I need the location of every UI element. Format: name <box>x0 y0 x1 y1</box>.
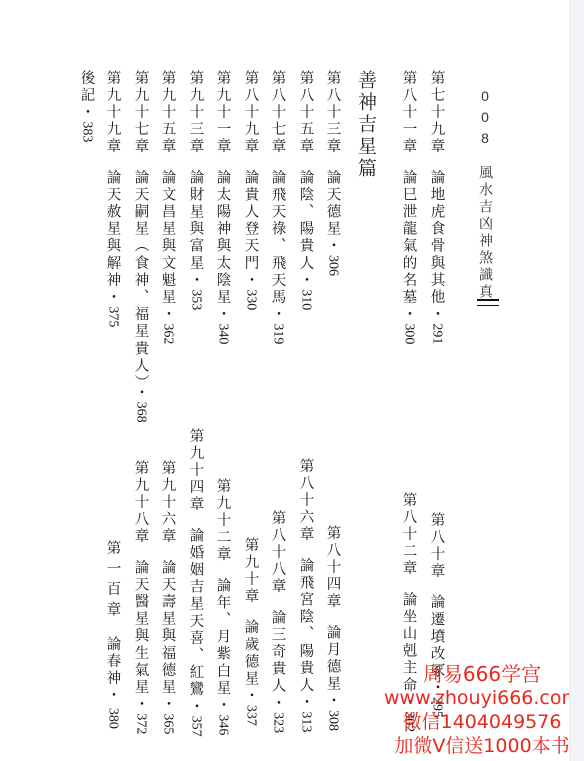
toc-entry[interactable]: 第八十一章論巳泄龍氣的名墓・300 <box>401 70 416 344</box>
watermark-brand: 周易666学宫 <box>382 662 582 686</box>
toc-entry[interactable]: 第八十八章論三奇貴人・323 <box>270 510 285 733</box>
book-page: 008風水吉凶神煞識真 第七十九章論地虎食骨與其他・291 第八十一章論巳泄龍氣… <box>0 0 570 761</box>
toc-entry-afterword[interactable]: 後記・383 <box>79 70 94 142</box>
toc-entry[interactable]: 第八十七章論飛天祿、飛天馬・319 <box>270 70 285 344</box>
toc-entry[interactable]: 第八十六章論飛宮陰、陽貴人・313 <box>298 458 313 732</box>
scrollbar[interactable] <box>569 0 584 761</box>
running-header: 008風水吉凶神煞識真 <box>478 88 492 301</box>
toc-entry[interactable]: 第九十四章論婚姻吉星天喜、紅鸞・357 <box>188 428 203 737</box>
toc-entry[interactable]: 第九十二章論年、月紫白星・346 <box>215 478 230 735</box>
watermark-url: www.zhouyi666.com <box>382 686 582 710</box>
header-rule <box>477 299 499 306</box>
toc-entry[interactable]: 第九十八章論天醫星與生氣星・372 <box>133 460 148 734</box>
toc-entry[interactable]: 第八十九章論貴人登天門・330 <box>243 70 258 310</box>
toc-entry[interactable]: 第八十五章論陰、陽貴人・310 <box>298 70 313 310</box>
toc-entry[interactable]: 第九十一章論太陽神與太陰星・340 <box>215 70 230 344</box>
toc-entry[interactable]: 第九十九章論天赦星與解神・375 <box>105 70 120 327</box>
page-number: 008 <box>477 88 493 151</box>
watermark-promo: 加微V信送1000本书 <box>382 734 582 758</box>
watermark-overlay: 周易666学宫 www.zhouyi666.com 微信1404049576 加… <box>382 662 582 758</box>
toc-entry[interactable]: 第九十七章論天嗣星（食神、福星貴人）・368 <box>133 70 148 423</box>
toc-entry[interactable]: 第九十六章論天壽星與福德星・365 <box>160 460 175 734</box>
toc-entry[interactable]: 第一百章論春神・380 <box>105 540 120 729</box>
toc-entry[interactable]: 第九十五章論文昌星與文魁星・362 <box>160 70 175 344</box>
toc-entry[interactable]: 第八十四章論月德星・308 <box>325 525 340 731</box>
toc-entry[interactable]: 第七十九章論地虎食骨與其他・291 <box>429 70 444 344</box>
toc-entry[interactable]: 第九十三章論財星與富星・353 <box>188 70 203 310</box>
section-title: 善神吉星篇 <box>356 70 375 180</box>
toc-entry[interactable]: 第九十章論歲德星・337 <box>243 537 258 726</box>
book-title: 風水吉凶神煞識真 <box>477 165 493 301</box>
toc-entry[interactable]: 第八十三章論天德星・306 <box>325 70 340 276</box>
watermark-wechat: 微信1404049576 <box>382 710 582 734</box>
